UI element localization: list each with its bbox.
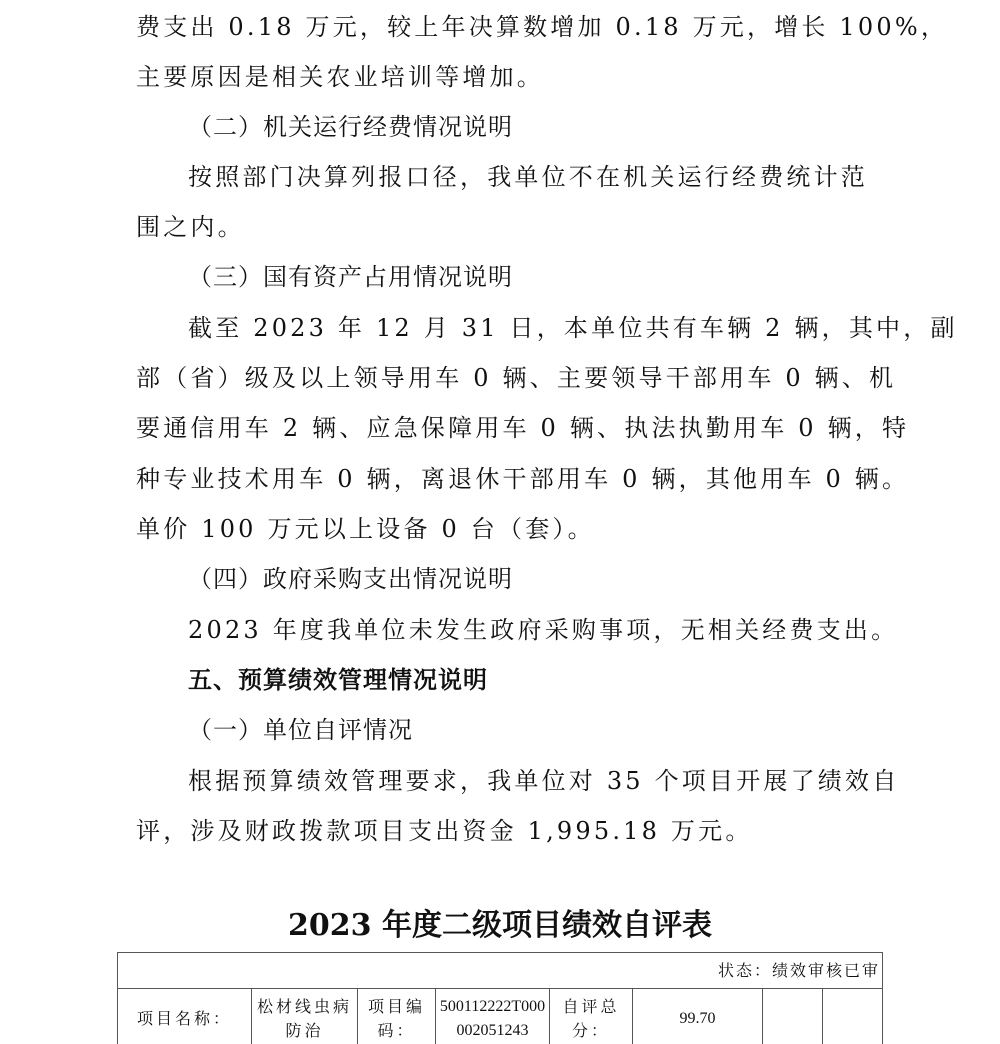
paragraph-line: 按照部门决算列报口径，我单位不在机关运行经费统计范 [188, 162, 868, 192]
chapter-heading: 五、预算绩效管理情况说明 [188, 665, 488, 695]
status-text: 状态：绩效审核已审 [118, 953, 883, 989]
paragraph-line: 部（省）级及以上领导用车 0 辆、主要领导干部用车 0 辆、机 [136, 363, 896, 393]
paragraph-line: 根据预算绩效管理要求，我单位对 35 个项目开展了绩效自 [188, 766, 899, 796]
empty-cell [823, 989, 883, 1044]
paragraph-line: 单价 100 万元以上设备 0 台（套）。 [136, 514, 595, 544]
paragraph-line: 评，涉及财政拨款项目支出资金 1,995.18 万元。 [136, 816, 753, 846]
paragraph-line: 围之内。 [136, 212, 245, 242]
project-name-label: 项目名称： [118, 989, 252, 1044]
section-heading: （二）机关运行经费情况说明 [188, 112, 513, 142]
paragraph-line: 种专业技术用车 0 辆，离退休干部用车 0 辆，其他用车 0 辆。 [136, 464, 909, 494]
paragraph-line: 主要原因是相关农业培训等增加。 [136, 62, 544, 92]
section-heading: （四）政府采购支出情况说明 [188, 564, 513, 594]
paragraph-line: 2023 年度我单位未发生政府采购事项，无相关经费支出。 [188, 615, 898, 645]
project-code-value: 500112222T000002051243 [436, 989, 550, 1044]
score-value: 99.70 [633, 989, 763, 1044]
paragraph-line: 截至 2023 年 12 月 31 日，本单位共有车辆 2 辆，其中，副 [188, 313, 958, 343]
score-label: 自评总分： [550, 989, 633, 1044]
section-heading: （一）单位自评情况 [188, 715, 413, 745]
project-code-label: 项目编码： [358, 989, 436, 1044]
project-name-value: 松材线虫病防治 [252, 989, 358, 1044]
section-heading: （三）国有资产占用情况说明 [188, 262, 513, 292]
paragraph-line: 要通信用车 2 辆、应急保障用车 0 辆、执法执勤用车 0 辆，特 [136, 413, 909, 443]
empty-cell [763, 989, 823, 1044]
table-title: 2023 年度二级项目绩效自评表 [0, 906, 1000, 946]
paragraph-line: 费支出 0.18 万元，较上年决算数增加 0.18 万元，增长 100%， [136, 12, 948, 42]
self-evaluation-table: 状态：绩效审核已审 项目名称： 松材线虫病防治 项目编码： 500112222T… [117, 952, 883, 1044]
